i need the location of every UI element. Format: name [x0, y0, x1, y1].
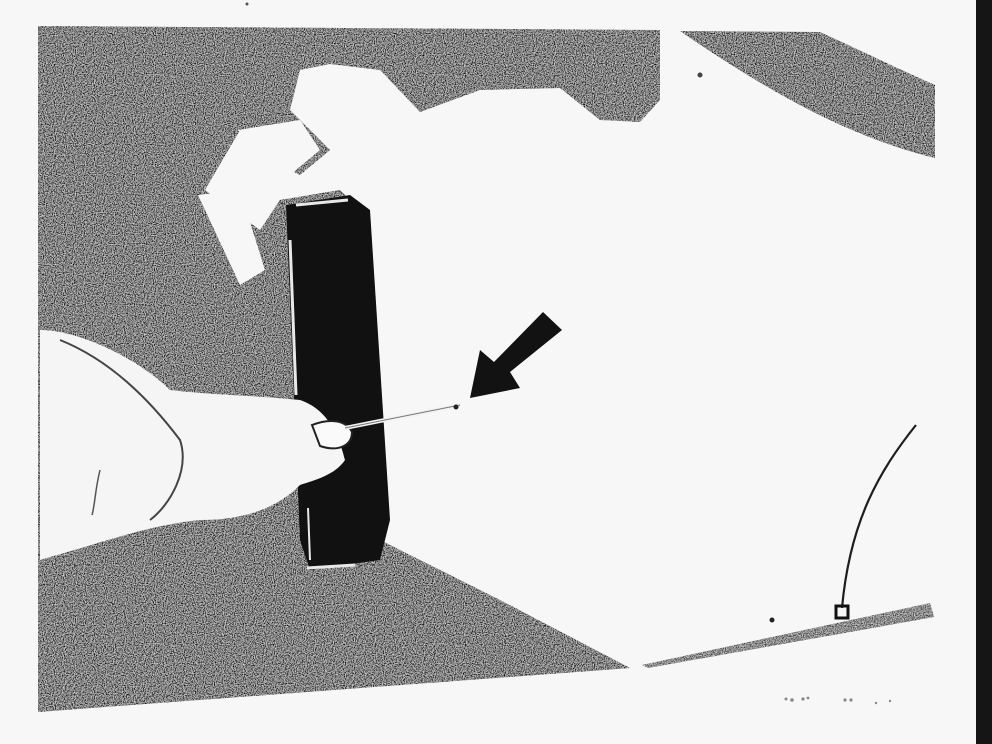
scan-edge-strip: [976, 0, 992, 744]
halftone-photo: [0, 0, 992, 744]
